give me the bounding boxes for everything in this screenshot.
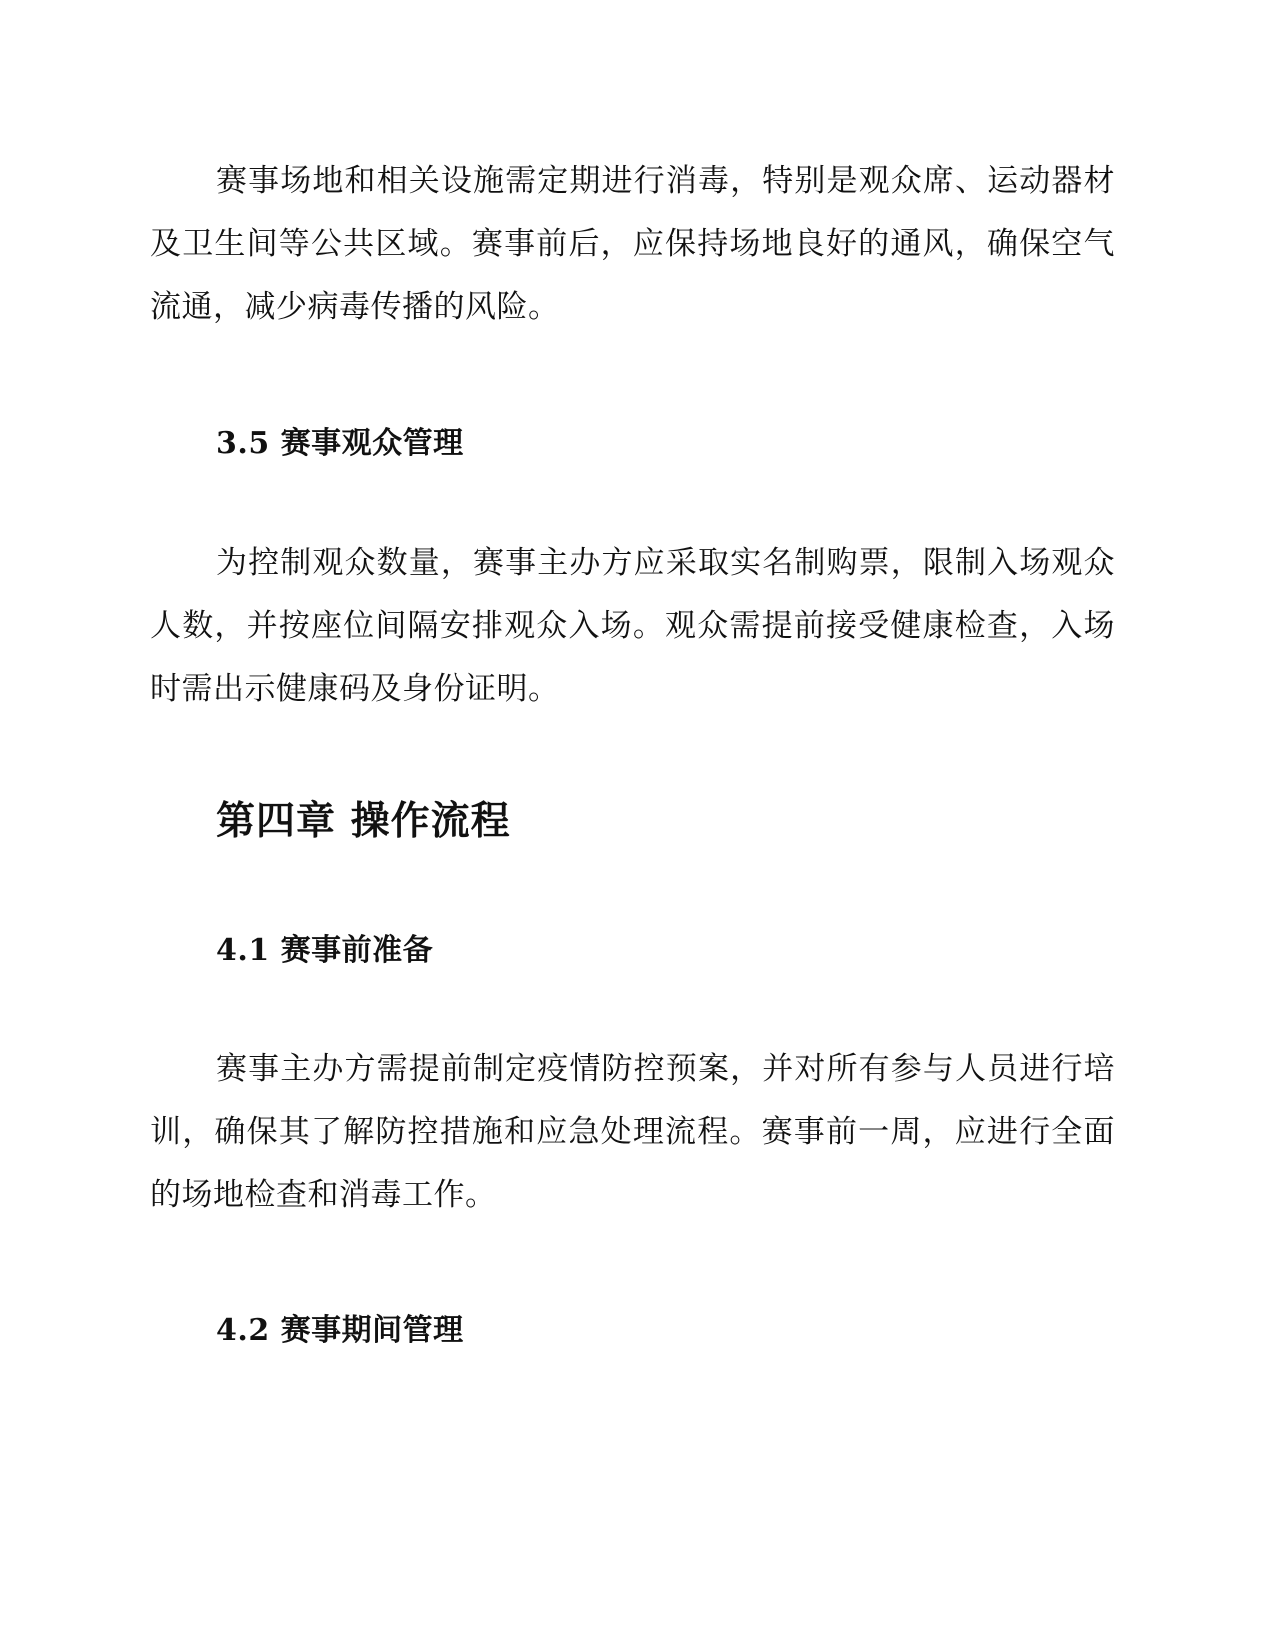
section-heading-4-1: 4.1 赛事前准备 [216, 925, 433, 969]
paragraph-disinfection: 赛事场地和相关设施需定期进行消毒，特别是观众席、运动器材及卫生间等公共区域。赛事… [150, 150, 1115, 339]
paragraph-pre-event-preparation: 赛事主办方需提前制定疫情防控预案，并对所有参与人员进行培训，确保其了解防控措施和… [150, 1038, 1115, 1227]
section-heading-3-5: 3.5 赛事观众管理 [216, 418, 464, 462]
section-heading-4-2: 4.2 赛事期间管理 [216, 1305, 464, 1349]
document-page: 赛事场地和相关设施需定期进行消毒，特别是观众席、运动器材及卫生间等公共区域。赛事… [0, 0, 1275, 1650]
chapter-heading-4: 第四章 操作流程 [216, 790, 511, 846]
paragraph-audience-management: 为控制观众数量，赛事主办方应采取实名制购票，限制入场观众人数，并按座位间隔安排观… [150, 532, 1115, 721]
